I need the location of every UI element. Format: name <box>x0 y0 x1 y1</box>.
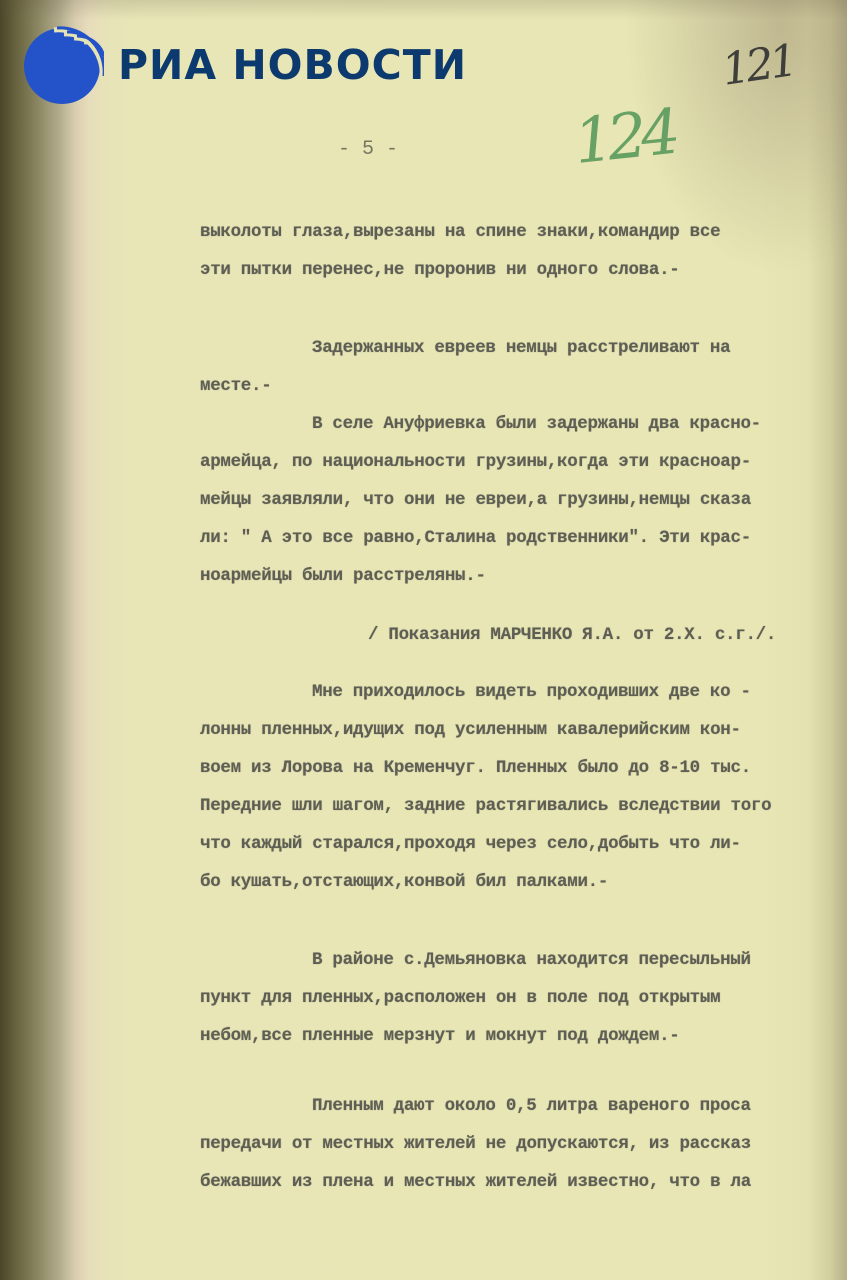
ria-novosti-logo: РИА НОВОСТИ <box>24 24 467 106</box>
text-line: Мне приходилось видеть проходивших две к… <box>312 682 847 702</box>
pencil-archive-number: 121 <box>719 35 797 96</box>
text-line: мейцы заявляли, что они не евреи,а грузи… <box>200 490 830 510</box>
globe-waves-icon <box>24 24 104 106</box>
text-line: что каждый старался,проходя через село,д… <box>200 834 830 854</box>
text-line: В районе с.Демьяновка находится пересыль… <box>312 950 847 970</box>
testimony-reference: / Показания МАРЧЕНКО Я.А. от 2.Х. с.г./. <box>368 625 847 645</box>
text-line: ноармейцы были расстреляны.- <box>200 566 830 586</box>
text-line: выколоты глаза,вырезаны на спине знаки,к… <box>200 222 830 242</box>
text-line: лонны пленных,идущих под усиленным кавал… <box>200 720 830 740</box>
text-line: небом,все пленные мерзнут и мокнут под д… <box>200 1026 830 1046</box>
text-line: Задержанных евреев немцы расстреливают н… <box>312 338 847 358</box>
text-line: передачи от местных жителей не допускают… <box>200 1134 830 1154</box>
page-number: - 5 - <box>338 138 398 161</box>
text-line: Передние шли шагом, задние растягивались… <box>200 796 830 816</box>
text-line: бежавших из плена и местных жителей изве… <box>200 1172 830 1192</box>
text-line: месте.- <box>200 376 830 396</box>
text-line: воем из Лорова на Кременчуг. Пленных был… <box>200 758 830 778</box>
text-line: ли: " А это все равно,Сталина родственни… <box>200 528 830 548</box>
text-line: бо кушать,отстающих,конвой бил палками.- <box>200 872 830 892</box>
text-line: пункт для пленных,расположен он в поле п… <box>200 988 830 1008</box>
text-line: В селе Ануфриевка были задержаны два кра… <box>312 414 847 434</box>
text-line: армейца, по национальности грузины,когда… <box>200 452 830 472</box>
text-line: Пленным дают около 0,5 литра вареного пр… <box>312 1096 847 1116</box>
text-line: эти пытки перенес,не проронив ни одного … <box>200 260 830 280</box>
brand-name: РИА НОВОСТИ <box>118 45 467 86</box>
green-archive-number: 124 <box>570 95 677 178</box>
